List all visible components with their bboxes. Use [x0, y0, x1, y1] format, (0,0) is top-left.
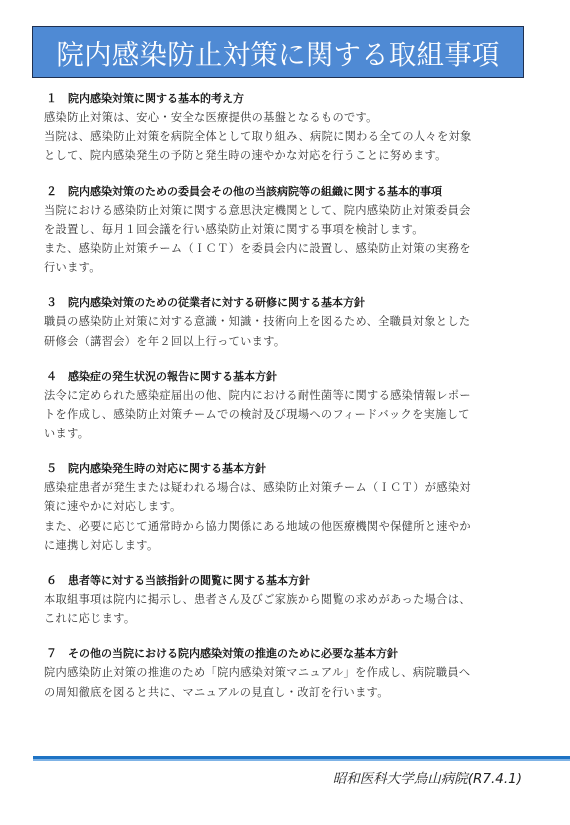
- paragraph-line: 法令に定められた感染症届出の他、院内における耐性菌等に関する感染情報レポー: [44, 386, 534, 405]
- section-number: ２: [46, 182, 68, 201]
- page-title: 院内感染防止対策に関する取組事項: [56, 32, 499, 72]
- section-title: 患者等に対する当該指針の閲覧に関する基本方針: [68, 574, 310, 587]
- paragraph-line: 当院における感染防止対策に関する意思決定機関として、院内感染防止対策委員会: [44, 201, 534, 220]
- paragraph-line: トを作成し、感染防止対策チームでの検討及び現場へのフィードバックを実施して: [44, 405, 534, 424]
- paragraph-line: の周知徹底を図ると共に、マニュアルの見直し・改訂を行います。: [44, 683, 534, 702]
- section-3: ３院内感染対策のための従業者に対する研修に関する基本方針 職員の感染防止対策に対…: [44, 293, 534, 350]
- section-heading: １院内感染対策に関する基本的考え方: [44, 89, 534, 108]
- section-2: ２院内感染対策のための委員会その他の当該病院等の組織に関する基本的事項 当院にお…: [44, 182, 534, 278]
- section-title: 院内感染対策のための委員会その他の当該病院等の組織に関する基本的事項: [68, 185, 442, 198]
- section-7: ７その他の当院における院内感染対策の推進のために必要な基本方針 院内感染防止対策…: [44, 644, 534, 701]
- title-banner: 院内感染防止対策に関する取組事項: [32, 26, 524, 78]
- hospital-name-date: 昭和医科大学烏山病院(R7.4.1): [333, 767, 522, 787]
- paragraph-line: 職員の感染防止対策に対する意識・知識・技術向上を図るため、全職員対象とした: [44, 312, 534, 331]
- paragraph-line: また、必要に応じて通常時から協力関係にある地域の他医療機関や保健所と速やか: [44, 517, 534, 536]
- section-title: 院内感染発生時の対応に関する基本方針: [68, 462, 266, 475]
- section-6: ６患者等に対する当該指針の閲覧に関する基本方針 本取組事項は院内に掲示し、患者さ…: [44, 571, 534, 628]
- paragraph-line: 感染防止対策は、安心・安全な医療提供の基盤となるものです。: [44, 108, 534, 127]
- section-title: その他の当院における院内感染対策の推進のために必要な基本方針: [68, 647, 398, 660]
- section-number: ６: [46, 571, 68, 590]
- paragraph-line: これに応じます。: [44, 609, 534, 628]
- section-number: ４: [46, 367, 68, 386]
- section-number: ７: [46, 644, 68, 663]
- section-number: ３: [46, 293, 68, 312]
- paragraph-line: 策に速やかに対応します。: [44, 497, 534, 516]
- section-title: 感染症の発生状況の報告に関する基本方針: [68, 370, 277, 383]
- section-title: 院内感染対策に関する基本的考え方: [68, 92, 244, 105]
- paragraph-line: 感染症患者が発生または疑われる場合は、感染防止対策チーム（ＩＣＴ）が感染対: [44, 478, 534, 497]
- section-heading: ７その他の当院における院内感染対策の推進のために必要な基本方針: [44, 644, 534, 663]
- paragraph-line: 院内感染防止対策の推進のため「院内感染対策マニュアル」を作成し、病院職員へ: [44, 663, 534, 682]
- section-heading: ５院内感染発生時の対応に関する基本方針: [44, 459, 534, 478]
- paragraph-line: また、感染防止対策チーム（ＩＣＴ）を委員会内に設置し、感染防止対策の実務を: [44, 239, 534, 258]
- document-body: １院内感染対策に関する基本的考え方 感染防止対策は、安心・安全な医療提供の基盤と…: [44, 89, 534, 718]
- section-1: １院内感染対策に関する基本的考え方 感染防止対策は、安心・安全な医療提供の基盤と…: [44, 89, 534, 166]
- section-heading: ４感染症の発生状況の報告に関する基本方針: [44, 367, 534, 386]
- section-title: 院内感染対策のための従業者に対する研修に関する基本方針: [68, 296, 365, 309]
- section-4: ４感染症の発生状況の報告に関する基本方針 法令に定められた感染症届出の他、院内に…: [44, 367, 534, 444]
- footer-divider: [33, 756, 570, 762]
- paragraph-line: 研修会（講習会）を年２回以上行っています。: [44, 332, 534, 351]
- section-heading: ６患者等に対する当該指針の閲覧に関する基本方針: [44, 571, 534, 590]
- divider-bar-light: [33, 759, 570, 761]
- section-number: ５: [46, 459, 68, 478]
- section-5: ５院内感染発生時の対応に関する基本方針 感染症患者が発生または疑われる場合は、感…: [44, 459, 534, 555]
- paragraph-line: 行います。: [44, 258, 534, 277]
- paragraph-line: 当院は、感染防止対策を病院全体として取り組み、病院に関わる全ての人々を対象: [44, 127, 534, 146]
- section-heading: ２院内感染対策のための委員会その他の当該病院等の組織に関する基本的事項: [44, 182, 534, 201]
- paragraph-line: を設置し、毎月１回会議を行い感染防止対策に関する事項を検討します。: [44, 220, 534, 239]
- paragraph-line: に連携し対応します。: [44, 536, 534, 555]
- section-heading: ３院内感染対策のための従業者に対する研修に関する基本方針: [44, 293, 534, 312]
- paragraph-line: 本取組事項は院内に掲示し、患者さん及びご家族から閲覧の求めがあった場合は、: [44, 590, 534, 609]
- section-number: １: [46, 89, 68, 108]
- paragraph-line: として、院内感染発生の予防と発生時の速やかな対応を行うことに努めます。: [44, 146, 534, 165]
- paragraph-line: います。: [44, 424, 534, 443]
